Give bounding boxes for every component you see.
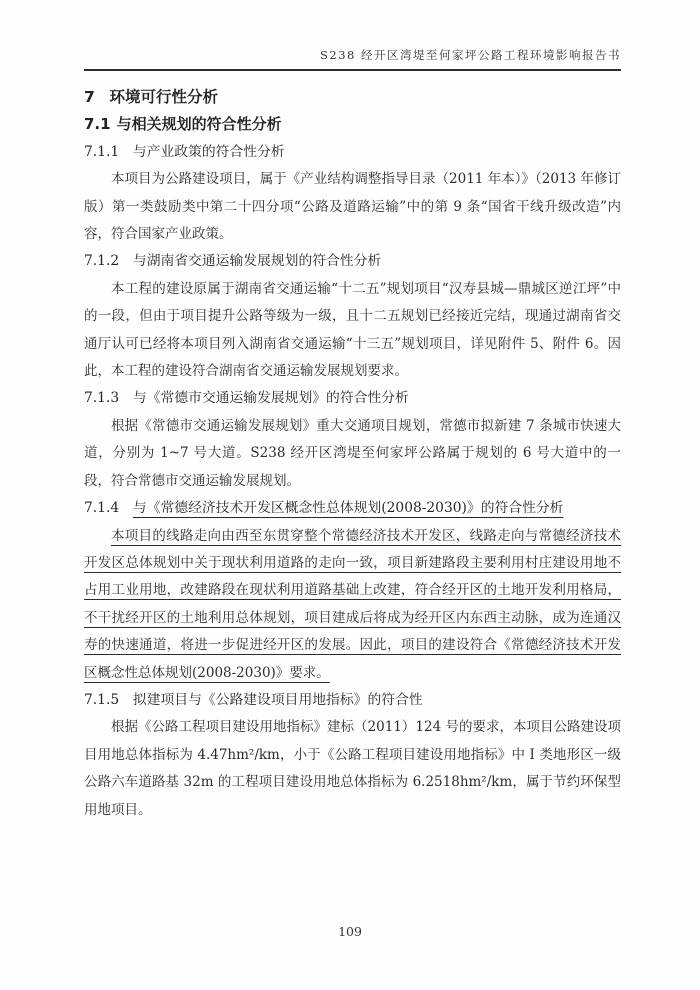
section-title: 与相关规划的符合性分析: [117, 115, 282, 133]
section-7-1-1-heading: 7.1.1与产业政策的符合性分析: [84, 139, 621, 166]
section-title: 与《常德市交通运输发展规划》的符合性分析: [133, 390, 409, 406]
paragraph-development-zone-plan: 本项目的线路走向由西至东贯穿整个常德经济技术开发区，线路走向与常德经济技术开发区…: [84, 523, 621, 687]
paragraph-changde-transport-plan: 根据《常德市交通运输发展规划》重大交通项目规划，常德市拟新建 7 条城市快速大道…: [84, 413, 621, 495]
section-title: 与《常德经济技术开发区概念性总体规划(2008-2030)》的符合性分析: [133, 500, 564, 516]
document-body: 7环境可行性分析 7.1与相关规划的符合性分析 7.1.1与产业政策的符合性分析…: [84, 84, 621, 824]
section-title: 与湖南省交通运输发展规划的符合性分析: [133, 253, 381, 269]
section-number: 7.1.1: [84, 144, 119, 160]
paragraph-hunan-transport-plan: 本工程的建设原属于湖南省交通运输“十二五”规划项目“汉寿县城—鼎城区逆江坪”中的…: [84, 276, 621, 386]
section-number: 7.1.4: [84, 500, 119, 516]
section-7-1-3-heading: 7.1.3与《常德市交通运输发展规划》的符合性分析: [84, 385, 621, 412]
page-number: 109: [0, 924, 700, 939]
page-header-title: S238 经开区湾堤至何家坪公路工程环境影响报告书: [320, 47, 621, 63]
section-number: 7.1: [84, 115, 111, 133]
section-number: 7.1.3: [84, 390, 119, 406]
section-7-heading: 7环境可行性分析: [84, 84, 621, 111]
header-rule: [84, 69, 621, 71]
document-page: S238 经开区湾堤至何家坪公路工程环境影响报告书 7环境可行性分析 7.1与相…: [0, 0, 700, 990]
section-title: 与产业政策的符合性分析: [133, 144, 285, 160]
section-7-1-5-heading: 7.1.5拟建项目与《公路建设项目用地指标》的符合性: [84, 687, 621, 714]
section-7-1-heading: 7.1与相关规划的符合性分析: [84, 111, 621, 138]
section-7-1-2-heading: 7.1.2与湖南省交通运输发展规划的符合性分析: [84, 248, 621, 275]
section-number: 7.1.5: [84, 692, 119, 708]
section-7-1-4-heading: 7.1.4与《常德经济技术开发区概念性总体规划(2008-2030)》的符合性分…: [84, 495, 621, 522]
section-title: 拟建项目与《公路建设项目用地指标》的符合性: [133, 692, 423, 708]
section-number: 7: [84, 88, 95, 106]
paragraph-industry-policy: 本项目为公路建设项目，属于《产业结构调整指导目录（2011 年本）》（2013 …: [84, 166, 621, 248]
section-number: 7.1.2: [84, 253, 119, 269]
paragraph-land-use-index: 根据《公路工程项目建设用地指标》建标（2011）124 号的要求，本项目公路建设…: [84, 714, 621, 824]
section-title: 环境可行性分析: [110, 88, 219, 106]
